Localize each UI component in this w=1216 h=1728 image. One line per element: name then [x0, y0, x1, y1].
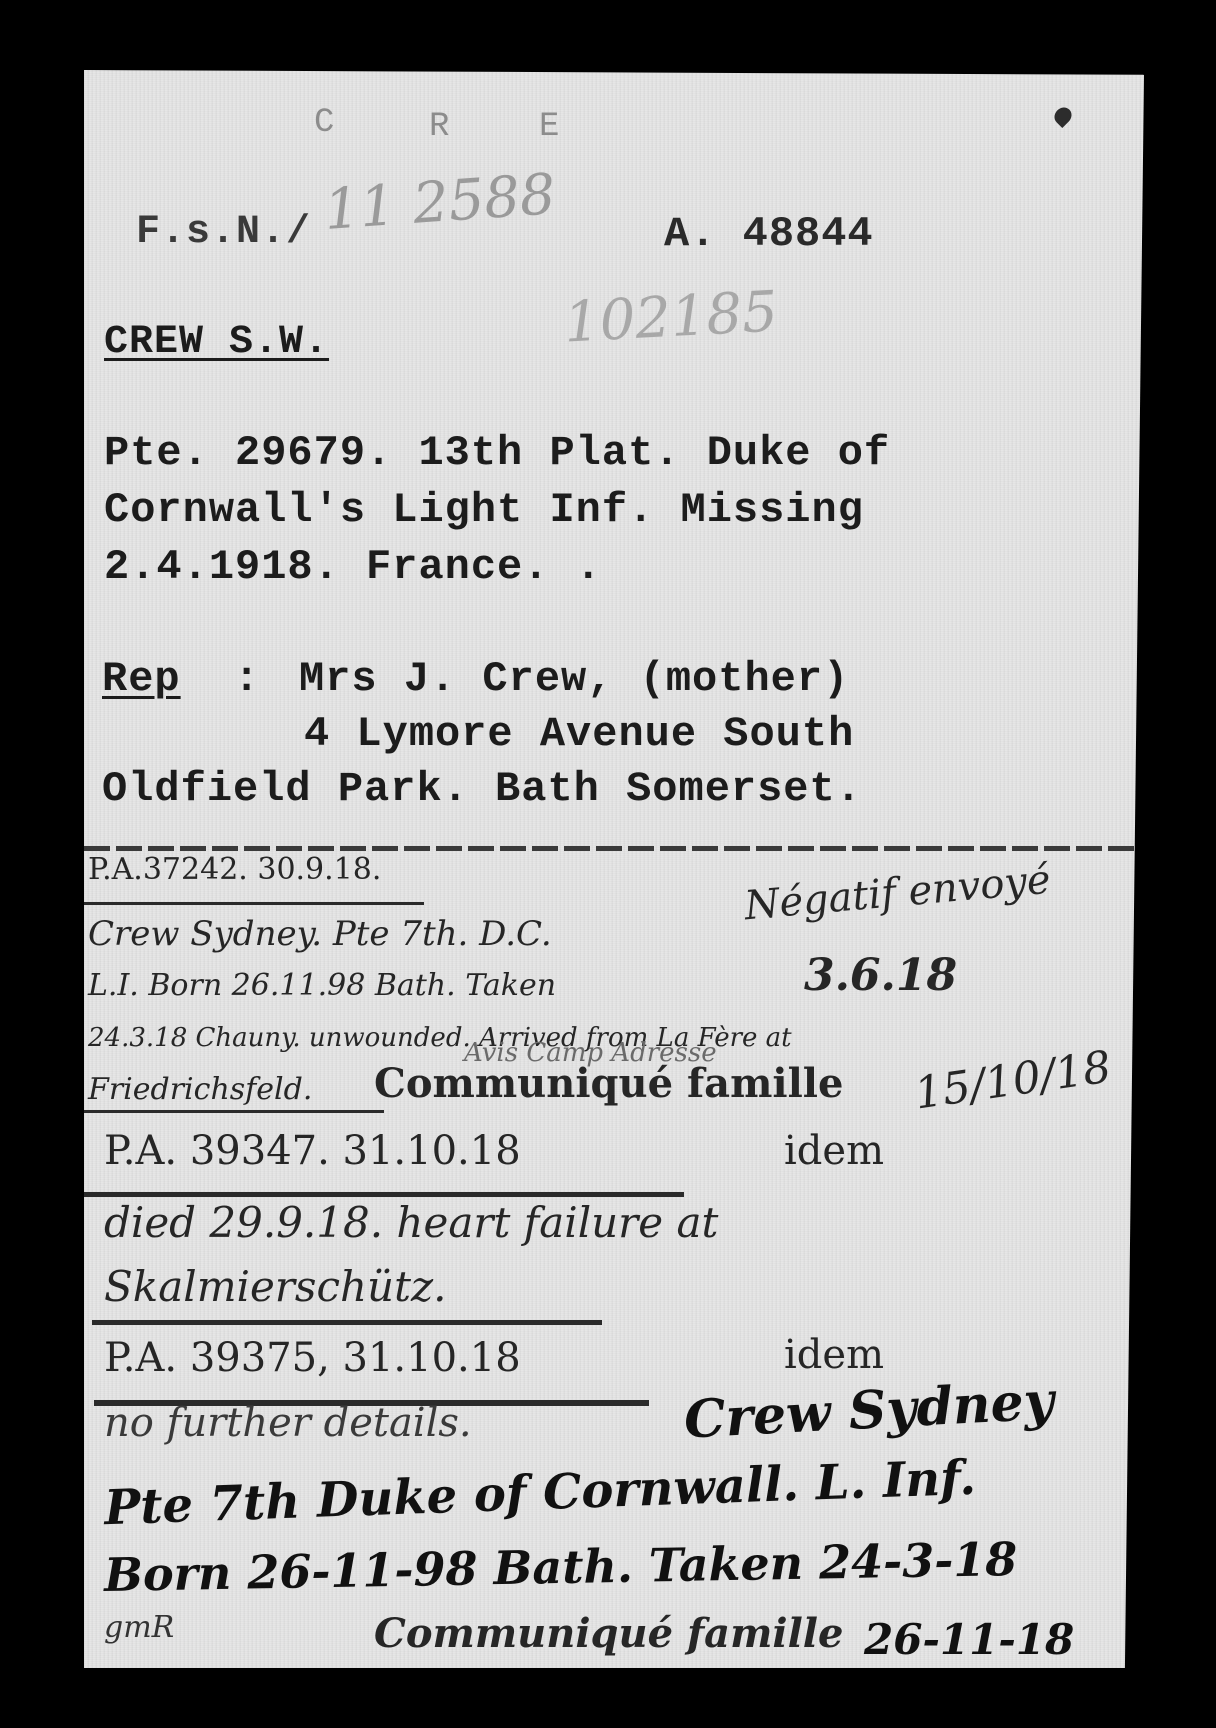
- entry-1-ref-underline: [84, 902, 424, 905]
- file-ref-label: F.s.N./: [136, 210, 311, 255]
- service-line-3: 2.4.1918. France. .: [104, 539, 890, 596]
- entry-3-communique: Communiqué famille: [374, 1610, 843, 1657]
- service-details: Pte. 29679. 13th Plat. Duke of Cornwall'…: [104, 425, 890, 596]
- surname-initials: CREW S.W.: [104, 320, 329, 365]
- initials: gmR: [104, 1610, 174, 1645]
- entry-3-heavy-line-1: Crew Sydney: [683, 1370, 1056, 1450]
- rep-address-line-1: 4 Lymore Avenue South: [304, 710, 854, 758]
- entry-3-heavy-line-3: Born 26-11-98 Bath. Taken 24-3-18: [104, 1532, 1018, 1602]
- entry-3-heavy-line-2: Pte 7th Duke of Cornwall. L. Inf.: [103, 1450, 976, 1536]
- entry-2-ref-underline: [84, 1192, 684, 1197]
- entry-1-communique: Communiqué famille: [374, 1060, 843, 1107]
- entry-2-idem: idem: [784, 1128, 884, 1174]
- entry-1-bottom-rule: [84, 1110, 384, 1113]
- entry-1-communique-date: 15/10/18: [911, 1041, 1114, 1119]
- rep-address-line-2: Oldfield Park. Bath Somerset.: [102, 765, 862, 813]
- entry-1-line-1: Crew Sydney. Pte 7th. D.C.: [88, 908, 792, 960]
- entry-3-line-1: no further details.: [104, 1400, 472, 1446]
- entry-1-ref: P.A.37242. 30.9.18.: [88, 852, 381, 887]
- entry-3-communique-date: 26-11-18: [864, 1615, 1074, 1664]
- entry-2-line-2: Skalmierschütz.: [104, 1262, 446, 1311]
- ink-blot: [1051, 104, 1075, 128]
- section-divider: [84, 846, 1134, 851]
- card-number: A. 48844: [664, 210, 874, 258]
- service-line-1: Pte. 29679. 13th Plat. Duke of: [104, 425, 890, 482]
- entry-1-line-2: L.I. Born 26.11.98 Bath. Taken: [88, 960, 792, 1012]
- header-letter-r: R: [429, 108, 450, 146]
- rep-separator: :: [234, 655, 260, 703]
- enquiry-card: C R E F.s.N./ 11 2588 A. 48844 102185 CR…: [84, 70, 1144, 1668]
- entry-2-ref: P.A. 39347. 31.10.18: [104, 1128, 521, 1174]
- header-letter-e: E: [539, 108, 560, 146]
- pto-note: P.T.O.: [822, 1664, 919, 1716]
- entry-3-ref: P.A. 39375, 31.10.18: [104, 1335, 521, 1381]
- file-ref-handwritten: 11 2588: [322, 162, 558, 243]
- pencil-annotation: 102185: [562, 279, 779, 355]
- header-letter-c: C: [314, 104, 335, 142]
- entry-3-idem: idem: [784, 1332, 884, 1378]
- rep-name: Mrs J. Crew, (mother): [299, 655, 849, 703]
- entry-2-bottom-rule: [92, 1320, 602, 1325]
- service-line-2: Cornwall's Light Inf. Missing: [104, 482, 890, 539]
- rep-label: Rep: [102, 655, 181, 703]
- entry-2-line-1: died 29.9.18. heart failure at: [104, 1198, 718, 1247]
- entry-1-status-date: 3.6.18: [804, 950, 957, 1001]
